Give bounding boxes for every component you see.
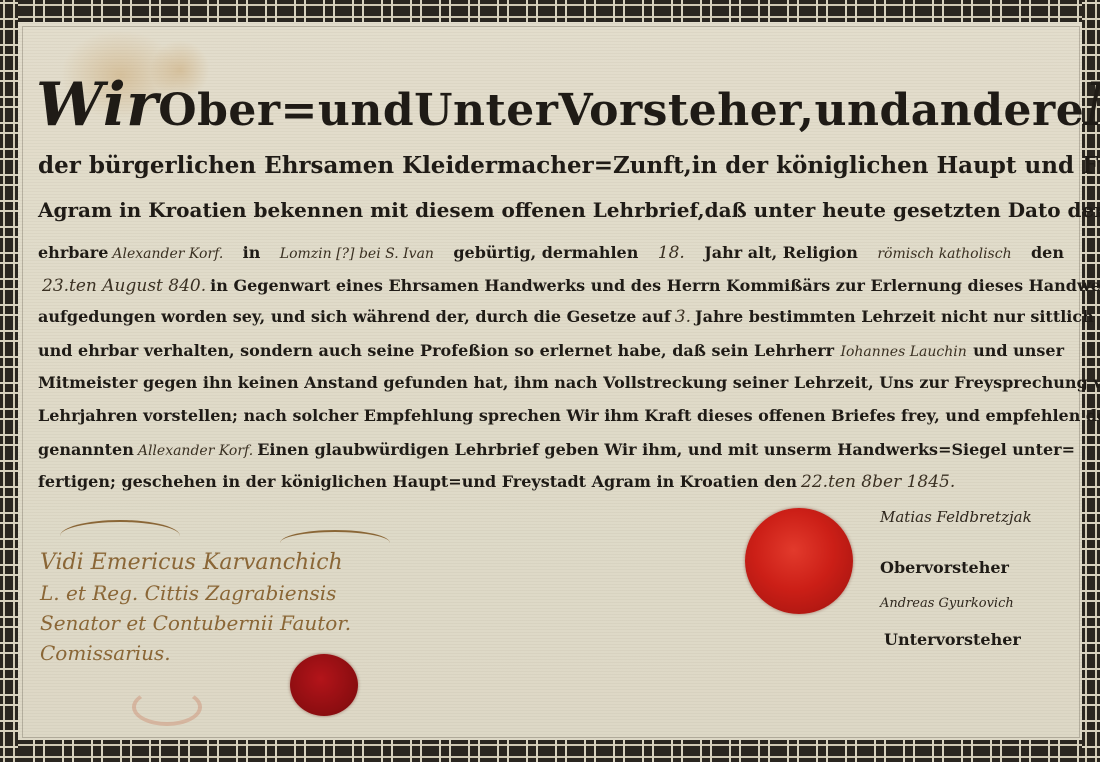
body-line-10: fertigen; geschehen in der königlichen H… xyxy=(38,472,1064,492)
pen-flourish xyxy=(60,520,180,552)
handwritten-master-name: Iohannes Lauchin xyxy=(840,344,966,360)
ornamental-border-bottom xyxy=(0,740,1100,762)
printed-text: Lehrjahren vorstellen; nach solcher Empf… xyxy=(38,406,1100,425)
heading-word: und xyxy=(815,85,911,136)
body-line-2: Agram in Kroatien bekennen mit diesem of… xyxy=(38,198,1064,222)
heading-word: Unter xyxy=(414,85,558,136)
ornamental-border-left xyxy=(0,0,18,762)
ornamental-border-top xyxy=(0,0,1100,22)
printed-text: der bürgerlichen Ehrsamen Kleidermacher=… xyxy=(38,152,692,179)
heading-word: Ober=und xyxy=(158,85,414,136)
signature-obervorsteher: Matias Feldbretzjak xyxy=(880,508,1032,526)
body-line-9: genanntenAllexander Korf. Einen glaubwür… xyxy=(38,440,1064,459)
heading-word: Vorsteher, xyxy=(559,85,815,136)
body-line-8: Lehrjahren vorstellen; nach solcher Empf… xyxy=(38,406,1064,425)
pen-flourish xyxy=(280,530,390,556)
printed-text: daß unter heute gesetzten Dato der xyxy=(705,198,1100,222)
printed-text: genannten xyxy=(38,440,134,459)
printed-text: gebürtig, dermahlen xyxy=(453,243,638,262)
role-label-untervorsteher: Untervorsteher xyxy=(884,630,1021,649)
printed-text: in xyxy=(243,243,261,262)
printed-text: Mitmeister gegen ihn keinen Anstand gefu… xyxy=(38,373,1100,392)
printed-text: und ehrbar verhalten, sondern auch seine… xyxy=(38,341,834,360)
printed-text: fertigen; geschehen in der königlichen H… xyxy=(38,472,797,491)
document-heading: Wir Ober=und Unter Vorsteher, und andere… xyxy=(36,70,1066,140)
seal-stain xyxy=(132,688,202,726)
printed-text: in Gegenwart eines Ehrsamen Handwerks un… xyxy=(210,276,1100,295)
printed-text: in der königlichen Haupt und Freystadt xyxy=(692,152,1100,179)
printed-text: und unser xyxy=(973,341,1064,360)
body-line-7: Mitmeister gegen ihn keinen Anstand gefu… xyxy=(38,373,1064,392)
printed-text: Jahre bestimmten Lehrzeit nicht nur sitt… xyxy=(695,307,1094,326)
body-line-6: und ehrbar verhalten, sondern auch seine… xyxy=(38,341,1064,360)
printed-text: Agram in Kroatien bekennen mit diesem of… xyxy=(38,198,705,222)
printed-text: aufgedungen worden sey, und sich während… xyxy=(38,307,671,326)
role-label-obervorsteher: Obervorsteher xyxy=(880,558,1009,577)
signature-untervorsteher: Andreas Gyurkovich xyxy=(880,596,1014,611)
heading-word: Wir xyxy=(36,70,158,140)
commissioner-wax-seal xyxy=(290,654,358,716)
body-line-5: aufgedungen worden sey, und sich während… xyxy=(38,307,1064,327)
handwritten-age: 18. xyxy=(658,243,685,263)
handwritten-apprentice-name: Alexander Korf. xyxy=(112,246,223,262)
body-line-1: der bürgerlichen Ehrsamen Kleidermacher=… xyxy=(38,152,1064,179)
handwritten-apprentice-name: Allexander Korf. xyxy=(138,443,253,459)
commissioner-line: L. et Reg. Cittis Zagrabiensis xyxy=(40,578,351,608)
printed-text: den xyxy=(1031,243,1064,262)
body-line-3: ehrbareAlexander Korf. in Lomzin [?] bei… xyxy=(38,243,1064,263)
heading-word: Mitmeister xyxy=(1084,70,1100,140)
commissioner-line: Senator et Contubernii Fautor. xyxy=(40,608,351,638)
handwritten-term-years: 3. xyxy=(675,307,691,327)
guild-wax-seal xyxy=(745,508,853,614)
heading-word: andere xyxy=(911,85,1084,136)
printed-text: ehrbare xyxy=(38,243,108,262)
handwritten-issue-date: 22.ten 8ber 1845. xyxy=(801,472,955,492)
handwritten-religion: römisch katholisch xyxy=(877,246,1011,262)
certificate-sheet: Wir Ober=und Unter Vorsteher, und andere… xyxy=(0,0,1100,762)
printed-text: Jahr alt, Religion xyxy=(704,243,858,262)
handwritten-indenture-date: 23.ten August 840. xyxy=(42,276,206,296)
commissioner-annotation: Vidi Emericus Karvanchich L. et Reg. Cit… xyxy=(40,548,351,668)
handwritten-birthplace: Lomzin [?] bei S. Ivan xyxy=(280,246,434,262)
printed-text: Einen glaubwürdigen Lehrbrief geben Wir … xyxy=(257,440,1075,459)
body-line-4: 23.ten August 840. in Gegenwart eines Eh… xyxy=(38,276,1064,296)
